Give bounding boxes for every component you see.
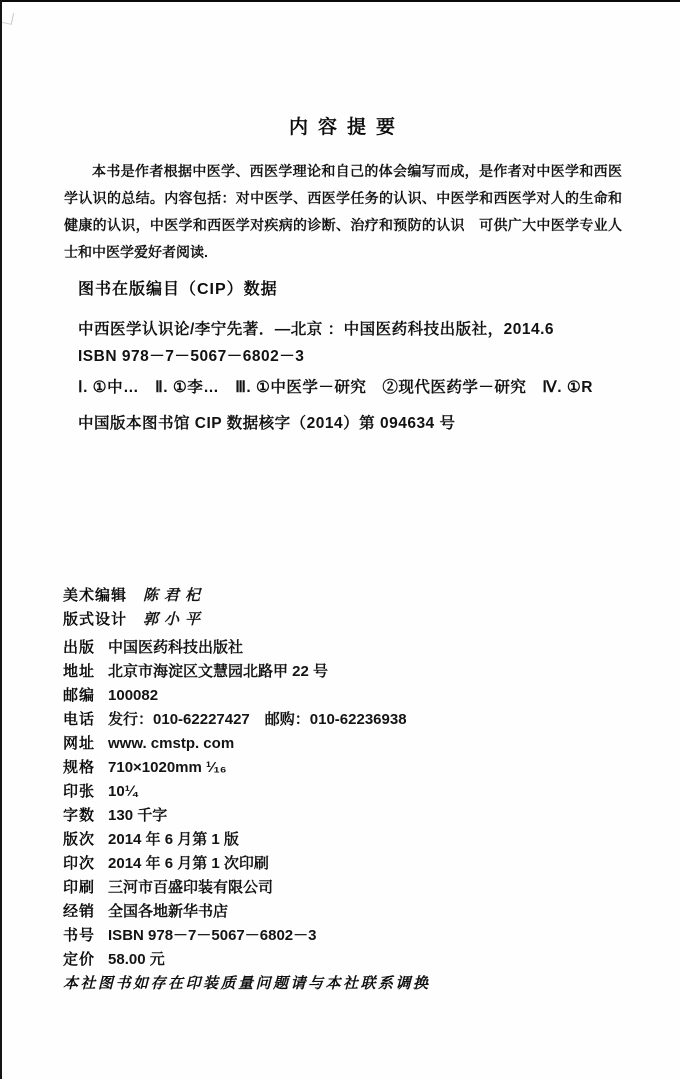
colophon-label: 印次 <box>63 855 95 872</box>
cip-description: 中西医学认识论/李宁先著．—北京 ：中国医药科技出版社，2014.6 <box>78 317 554 339</box>
colophon-value: 三河市百盛印装有限公司 <box>108 879 273 896</box>
colophon-value: 58.00 元 <box>108 951 165 968</box>
cip-classification: Ⅰ. ①中… Ⅱ. ①李… Ⅲ. ①中医学－研究 ②现代医药学－研究 Ⅳ. ①R <box>78 375 593 397</box>
colophon-value: 130 千字 <box>108 807 167 824</box>
colophon-row-address: 地址北京市海淀区文慧园北路甲 22 号 <box>63 660 640 684</box>
colophon-row-price: 定价58.00 元 <box>63 948 640 972</box>
colophon-value: 北京市海淀区文慧园北路甲 22 号 <box>108 663 328 680</box>
colophon-value: ISBN 978－7－5067－6802－3 <box>108 927 316 944</box>
colophon-value: 发行：010-62227427 邮购：010-62236938 <box>108 711 407 728</box>
colophon-label: 规格 <box>63 759 95 776</box>
colophon-row-printer: 印刷三河市百盛印装有限公司 <box>63 876 640 900</box>
colophon-row-printing: 印次2014 年 6 月第 1 次印刷 <box>63 852 640 876</box>
colophon-label: 邮编 <box>63 687 95 704</box>
colophon-value: 郭小平 <box>143 612 206 628</box>
colophon-row-publisher: 出版中国医药科技出版社 <box>63 636 640 660</box>
colophon-row-format: 规格710×1020mm ¹⁄₁₆ <box>63 756 640 780</box>
colophon-label: 版次 <box>63 831 95 848</box>
colophon-value: 2014 年 6 月第 1 版 <box>108 831 239 848</box>
colophon-value: 中国医药科技出版社 <box>108 639 243 656</box>
colophon-value: 100082 <box>108 687 158 704</box>
colophon-label: 印张 <box>63 783 95 800</box>
colophon-label: 印刷 <box>63 879 95 896</box>
colophon-label: 美术编辑 <box>63 587 127 604</box>
colophon-value: 10¼ <box>108 783 137 800</box>
colophon-row-layout-designer: 版式设计郭小平 <box>63 608 640 632</box>
colophon-value: 陈君杞 <box>143 588 206 604</box>
cip-registry-number: 中国版本图书馆 CIP 数据核字（2014）第 094634 号 <box>78 411 456 433</box>
colophon-row-sheets: 印张10¼ <box>63 780 640 804</box>
colophon-label: 出版 <box>63 639 95 656</box>
colophon-row-postcode: 邮编100082 <box>63 684 640 708</box>
colophon-label: 定价 <box>63 951 95 968</box>
colophon-value: 全国各地新华书店 <box>108 903 228 920</box>
quality-exchange-note: 本社图书如存在印装质量问题请与本社联系调换 <box>63 972 640 996</box>
colophon-label: 电话 <box>63 711 95 728</box>
colophon-row-edition: 版次2014 年 6 月第 1 版 <box>63 828 640 852</box>
scan-edge-top <box>0 0 680 2</box>
colophon-row-website: 网址www. cmstp. com <box>63 732 640 756</box>
colophon-label: 网址 <box>63 735 95 752</box>
colophon-label: 书号 <box>63 927 95 944</box>
colophon-row-distributor: 经销全国各地新华书店 <box>63 900 640 924</box>
scan-artifact <box>2 11 14 25</box>
page-title: 内容提要 <box>0 112 680 139</box>
colophon-label: 版式设计 <box>63 611 127 628</box>
colophon-value: 710×1020mm ¹⁄₁₆ <box>108 759 227 776</box>
colophon-value: www. cmstp. com <box>108 735 234 752</box>
colophon-label: 地址 <box>63 663 95 680</box>
colophon-row-book-number: 书号ISBN 978－7－5067－6802－3 <box>63 924 640 948</box>
colophon-label: 字数 <box>63 807 95 824</box>
colophon-label: 经销 <box>63 903 95 920</box>
colophon-row-phone: 电话发行：010-62227427 邮购：010-62236938 <box>63 708 640 732</box>
cip-heading: 图书在版编目（CIP）数据 <box>78 276 278 299</box>
colophon-value: 2014 年 6 月第 1 次印刷 <box>108 855 269 872</box>
content-summary-paragraph: 本书是作者根据中医学、西医学理论和自己的体会编写而成，是作者对中医学和西医学认识… <box>64 158 622 266</box>
scan-edge-left <box>0 0 2 1079</box>
cip-isbn: ISBN 978－7－5067－6802－3 <box>78 344 304 366</box>
book-copyright-page: 内容提要 本书是作者根据中医学、西医学理论和自己的体会编写而成，是作者对中医学和… <box>0 0 680 1079</box>
colophon-block: 美术编辑陈君杞 版式设计郭小平 出版中国医药科技出版社 地址北京市海淀区文慧园北… <box>63 584 640 996</box>
colophon-row-wordcount: 字数130 千字 <box>63 804 640 828</box>
colophon-row-art-editor: 美术编辑陈君杞 <box>63 584 640 608</box>
